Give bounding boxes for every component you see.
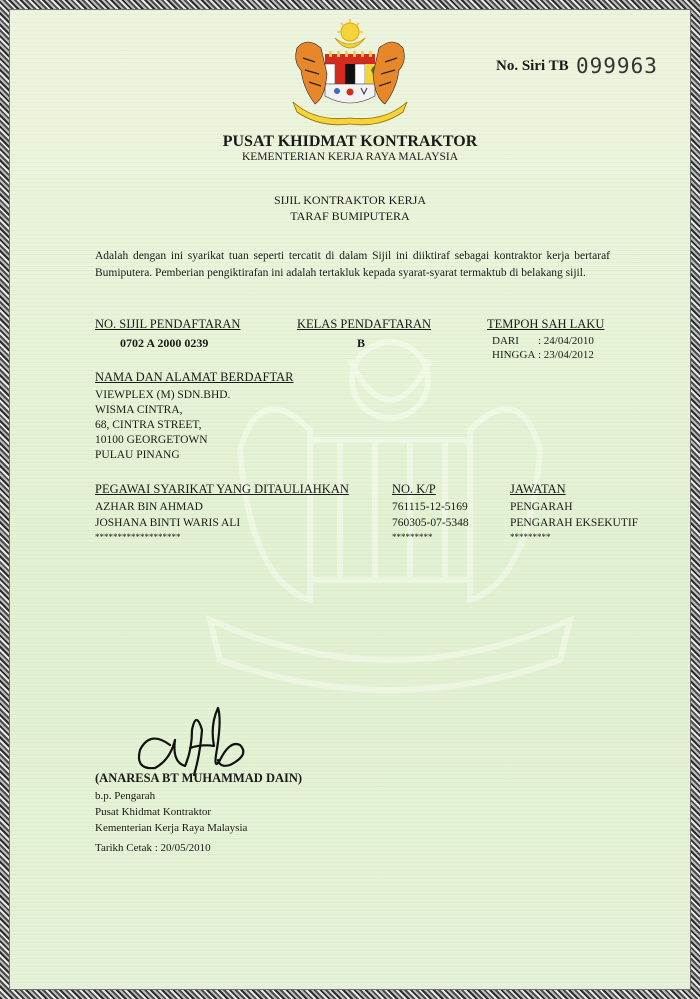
ic-number-label: NO. K/P (392, 482, 436, 497)
valid-to-value: : 23/04/2012 (538, 349, 594, 361)
certificate-page: No. Siri TB 099963 PUSAT KHIDMAT KONTRAK… (0, 0, 700, 999)
validity-period-label: TEMPOH SAH LAKU (487, 317, 604, 332)
officer-ic: 760305-07-5348 (392, 516, 469, 532)
officer-name: JOSHANA BINTI WARIS ALI (95, 516, 240, 532)
officer-names-column: AZHAR BIN AHMAD JOSHANA BINTI WARIS ALI … (95, 500, 240, 543)
signatory-details: b.p. Pengarah Pusat Khidmat Kontraktor K… (95, 788, 247, 836)
address-line: VIEWPLEX (M) SDN.BHD. (95, 388, 230, 403)
officer-position: PENGARAH (510, 500, 638, 516)
authorized-officers-label: PEGAWAI SYARIKAT YANG DITAULIAHKAN (95, 482, 349, 497)
valid-from-value: : 24/04/2010 (538, 335, 594, 347)
address-line: PULAU PINANG (95, 448, 230, 463)
signatory-line: Pusat Khidmat Kontraktor (95, 804, 247, 820)
officer-position-column: PENGARAH PENGARAH EKSEKUTIF ********* (510, 500, 638, 543)
malaysia-coat-of-arms-icon (285, 18, 415, 128)
address-line: 68, CINTRA STREET, (95, 418, 230, 433)
signatory-line: Kementerian Kerja Raya Malaysia (95, 820, 247, 836)
address-line: 10100 GEORGETOWN (95, 433, 230, 448)
registration-number-value: 0702 A 2000 0239 (120, 336, 208, 351)
officer-position: PENGARAH EKSEKUTIF (510, 516, 638, 532)
serial-number-label: No. Siri TB (496, 58, 569, 75)
end-of-list-mark: ********* (510, 531, 638, 543)
ministry-name: KEMENTERIAN KERJA RAYA MALAYSIA (0, 151, 700, 163)
handwritten-signature-icon (130, 700, 290, 780)
officer-ic-column: 761115-12-5169 760305-07-5348 ********* (392, 500, 469, 543)
certificate-subtitle: TARAF BUMIPUTERA (0, 209, 700, 224)
end-of-list-mark: ********* (392, 531, 469, 543)
valid-from-label: DARI (492, 335, 519, 347)
valid-to-label: HINGGA (492, 349, 535, 361)
signatory-line: b.p. Pengarah (95, 788, 247, 804)
address-line: WISMA CINTRA, (95, 403, 230, 418)
organization-title: PUSAT KHIDMAT KONTRAKTOR (0, 133, 700, 151)
certificate-title: SIJIL KONTRAKTOR KERJA (0, 193, 700, 208)
registration-number-label: NO. SIJIL PENDAFTARAN (95, 317, 240, 332)
serial-number-value: 099963 (576, 54, 658, 78)
position-label: JAWATAN (510, 482, 566, 497)
registered-address: VIEWPLEX (M) SDN.BHD. WISMA CINTRA, 68, … (95, 388, 230, 463)
print-date: Tarikh Cetak : 20/05/2010 (95, 842, 211, 854)
registration-class-value: B (357, 336, 365, 351)
signatory-name: (ANARESA BT MUHAMMAD DAIN) (95, 771, 302, 786)
registration-class-label: KELAS PENDAFTARAN (297, 317, 431, 332)
registered-address-label: NAMA DAN ALAMAT BERDAFTAR (95, 370, 293, 385)
officer-name: AZHAR BIN AHMAD (95, 500, 240, 516)
certificate-statement: Adalah dengan ini syarikat tuan seperti … (95, 248, 610, 281)
end-of-list-mark: ******************* (95, 531, 240, 543)
officer-ic: 761115-12-5169 (392, 500, 469, 516)
